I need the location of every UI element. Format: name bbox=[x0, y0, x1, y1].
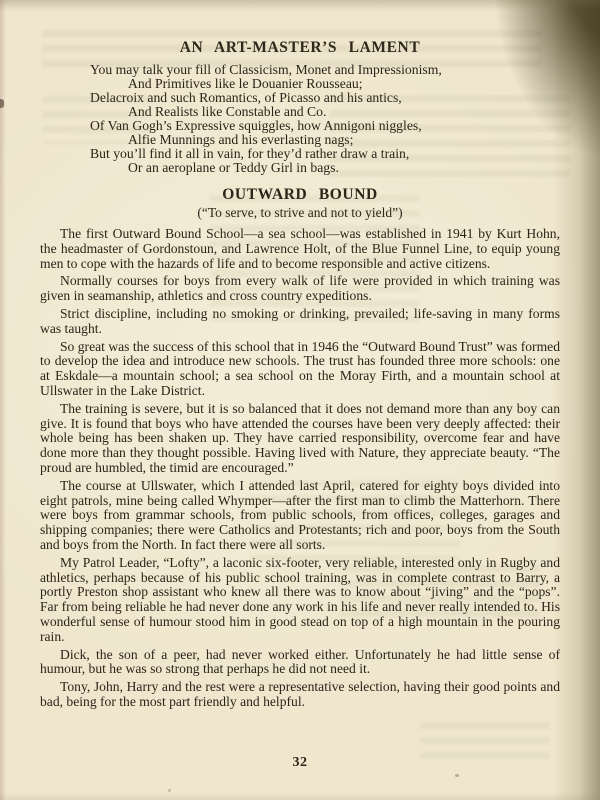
poem-line: And Realists like Constable and Co. bbox=[128, 105, 560, 119]
poem-line: You may talk your fill of Classicism, Mo… bbox=[90, 63, 560, 77]
poem-line: Delacroix and such Romantics, of Picasso… bbox=[90, 91, 560, 105]
article-paragraph: My Patrol Leader, “Lofty”, a laconic six… bbox=[40, 556, 560, 645]
scan-speck bbox=[455, 774, 459, 777]
page-edge-shadow-bottom bbox=[0, 792, 600, 800]
article-paragraph: The course at Ullswater, which I attende… bbox=[40, 479, 560, 553]
article-paragraph: The training is severe, but it is so bal… bbox=[40, 402, 560, 476]
article-subtitle: (“To serve, to strive and not to yield”) bbox=[40, 205, 560, 220]
page-edge-shadow-top bbox=[0, 0, 600, 10]
poem-title: AN ART-MASTER’S LAMENT bbox=[40, 38, 560, 57]
poem: You may talk your fill of Classicism, Mo… bbox=[40, 63, 560, 175]
article-title: OUTWARD BOUND bbox=[40, 185, 560, 204]
poem-line: Or an aeroplane or Teddy Girl in bags. bbox=[128, 161, 560, 175]
book-page: AN ART-MASTER’S LAMENT You may talk your… bbox=[0, 0, 600, 800]
article-paragraph: The first Outward Bound School—a sea sch… bbox=[40, 227, 560, 271]
page-number: 32 bbox=[40, 755, 560, 771]
article-paragraph: Strict discipline, including no smoking … bbox=[40, 307, 560, 337]
page-edge-shadow-left bbox=[0, 0, 6, 800]
poem-line: Of Van Gogh’s Expressive squiggles, how … bbox=[90, 119, 560, 133]
poem-line: Alfie Munnings and his everlasting nags; bbox=[128, 133, 560, 147]
article-paragraph: Normally courses for boys from every wal… bbox=[40, 274, 560, 304]
article-paragraph: Tony, John, Harry and the rest were a re… bbox=[40, 680, 560, 710]
article-paragraph: So great was the success of this school … bbox=[40, 340, 560, 399]
scan-artifact-mark bbox=[0, 99, 4, 108]
article-paragraph: Dick, the son of a peer, had never worke… bbox=[40, 648, 560, 678]
poem-line: And Primitives like le Douanier Rousseau… bbox=[128, 77, 560, 91]
poem-line: But you’ll find it all in vain, for they… bbox=[90, 147, 560, 161]
scan-speck bbox=[168, 789, 171, 792]
article-body: The first Outward Bound School—a sea sch… bbox=[40, 227, 560, 710]
